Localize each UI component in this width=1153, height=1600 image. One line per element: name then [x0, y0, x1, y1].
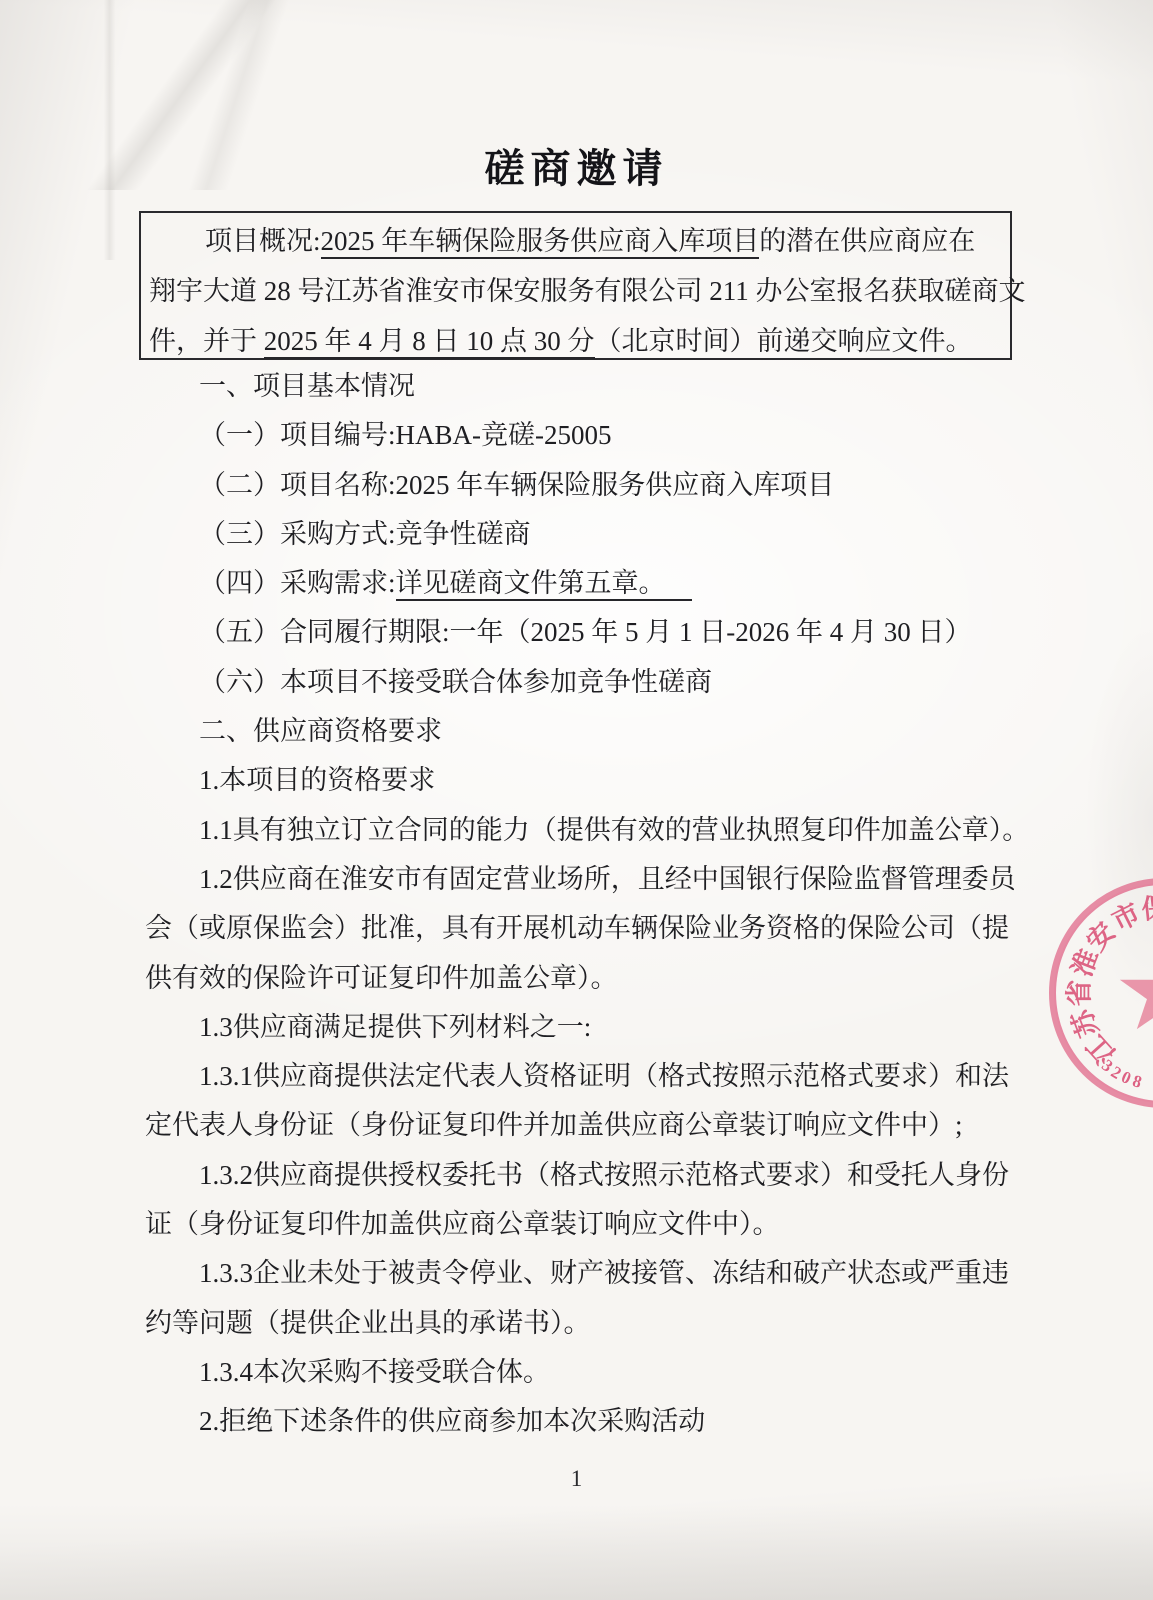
seal-outer-ring — [1049, 878, 1153, 1108]
document-line: 1.3供应商满足提供下列材料之一: — [145, 1003, 1015, 1052]
seal-code-digit: 0 — [1118, 1067, 1134, 1089]
seal-star-icon — [1118, 949, 1153, 1037]
document-line: 供有效的保险许可证复印件加盖公章）。 — [145, 954, 1015, 1003]
text-run: 1.3.3企业未处于被责令停业、财产被接管、冻结和破产状态或严重违 — [199, 1258, 1009, 1288]
seal-arc-character: 江 — [1076, 1028, 1123, 1074]
text-run: 1.3.4本次采购不接受联合体。 — [199, 1357, 550, 1387]
official-seal-stamp: 江苏省淮安市保 3208 — [1049, 878, 1153, 1108]
document-line: 1.3.3企业未处于被责令停业、财产被接管、冻结和破产状态或严重违 — [145, 1249, 1015, 1298]
paper-crease-left-edge — [96, 0, 122, 260]
seal-arc-character: 苏 — [1060, 1005, 1106, 1044]
text-run: （二）项目名称:2025 年车辆保险服务供应商入库项目 — [199, 470, 834, 500]
text-run: （五）合同履行期限:一年（2025 年 5 月 1 日-2026 年 4 月 3… — [199, 617, 972, 647]
text-run: 1.本项目的资格要求 — [199, 765, 435, 795]
document-line: 证（身份证复印件加盖供应商公章装订响应文件中）。 — [145, 1200, 1015, 1249]
text-run: 会（或原保监会）批准，具有开展机动车辆保险业务资格的保险公司（提 — [145, 913, 1009, 943]
seal-code-digit: 2 — [1107, 1062, 1125, 1084]
text-run: 1.2供应商在淮安市有固定营业场所，且经中国银行保险监督管理委员 — [199, 864, 1016, 894]
underlined-text-run: 2025 年 4 月 8 日 10 点 30 分 — [264, 326, 595, 359]
seal-code-digit: 8 — [1130, 1071, 1144, 1093]
text-run: 1.3.1供应商提供法定代表人资格证明（格式按照示范格式要求）和法 — [199, 1061, 1009, 1091]
seal-arc-character: 淮 — [1060, 942, 1106, 981]
document-line: （五）合同履行期限:一年（2025 年 5 月 1 日-2026 年 4 月 3… — [145, 608, 1015, 657]
document-line: 1.1具有独立订立合同的能力（提供有效的营业执照复印件加盖公章）。 — [145, 806, 1015, 855]
document-line: 1.2供应商在淮安市有固定营业场所，且经中国银行保险监督管理委员 — [145, 855, 1015, 904]
text-run: 2.拒绝下述条件的供应商参加本次采购活动 — [199, 1406, 705, 1436]
document-line: 1.3.2供应商提供授权委托书（格式按照示范格式要求）和受托人身份 — [145, 1151, 1015, 1200]
seal-arc-character: 安 — [1076, 912, 1123, 958]
text-run: 项目概况: — [205, 226, 321, 256]
document-line: 约等问题（提供企业出具的承诺书）。 — [145, 1299, 1015, 1348]
paper-shadow-right — [1013, 620, 1153, 1120]
seal-arc-character: 省 — [1058, 980, 1097, 1007]
paper-shadow-bottom — [0, 1440, 1153, 1600]
document-line: 一、项目基本情况 — [145, 362, 1015, 411]
seal-code-digit: 3 — [1097, 1056, 1116, 1077]
document-line: 会（或原保监会）批准，具有开展机动车辆保险业务资格的保险公司（提 — [145, 904, 1015, 953]
text-run: （一）项目编号:HABA-竞磋-25005 — [199, 420, 612, 450]
text-run: 件，并于 — [149, 326, 264, 356]
text-run: （北京时间）前递交响应文件。 — [595, 326, 973, 356]
seal-arc-character: 保 — [1139, 886, 1153, 928]
document-line: 二、供应商资格要求 — [145, 707, 1015, 756]
document-line: 1.3.4本次采购不接受联合体。 — [145, 1348, 1015, 1397]
text-run: 二、供应商资格要求 — [199, 716, 442, 746]
text-run: 1.3供应商满足提供下列材料之一: — [199, 1012, 591, 1042]
seal-arc-character: 市 — [1104, 892, 1146, 939]
overview-line: 翔宇大道 28 号江苏省淮安市保安服务有限公司 211 办公室报名获取磋商文 — [149, 266, 1002, 316]
text-run: 翔宇大道 28 号江苏省淮安市保安服务有限公司 211 办公室报名获取磋商文 — [149, 276, 1026, 306]
text-run: （四）采购需求: — [199, 568, 396, 598]
underlined-text-run: 2025 年车辆保险服务供应商入库项目 — [321, 226, 760, 259]
page-number: 1 — [0, 1466, 1153, 1492]
text-run: 证（身份证复印件加盖供应商公章装订响应文件中）。 — [145, 1209, 780, 1239]
document-line: （六）本项目不接受联合体参加竞争性磋商 — [145, 658, 1015, 707]
overview-line: 件，并于 2025 年 4 月 8 日 10 点 30 分（北京时间）前递交响应… — [149, 316, 1002, 366]
document-line: 2.拒绝下述条件的供应商参加本次采购活动 — [145, 1397, 1015, 1446]
document-line: （二）项目名称:2025 年车辆保险服务供应商入库项目 — [145, 461, 1015, 510]
document-line: 定代表人身份证（身份证复印件并加盖供应商公章装订响应文件中）; — [145, 1101, 1015, 1150]
overview-line: 项目概况:2025 年车辆保险服务供应商入库项目的潜在供应商应在 — [149, 216, 1002, 266]
text-run: 1.3.2供应商提供授权委托书（格式按照示范格式要求）和受托人身份 — [199, 1160, 1009, 1190]
underlined-text-run: 详见磋商文件第五章。 — [396, 568, 692, 601]
text-run: 一、项目基本情况 — [199, 371, 415, 401]
text-run: （六）本项目不接受联合体参加竞争性磋商 — [199, 667, 712, 697]
text-run: 的潜在供应商应在 — [759, 226, 975, 256]
text-run: 定代表人身份证（身份证复印件并加盖供应商公章装订响应文件中）; — [145, 1110, 963, 1140]
project-overview-box: 项目概况:2025 年车辆保险服务供应商入库项目的潜在供应商应在翔宇大道 28 … — [139, 211, 1012, 360]
document-line: （四）采购需求:详见磋商文件第五章。 — [145, 559, 1015, 608]
document-title: 磋商邀请 — [0, 137, 1153, 194]
document-body: 一、项目基本情况（一）项目编号:HABA-竞磋-25005（二）项目名称:202… — [145, 362, 1015, 1447]
text-run: 供有效的保险许可证复印件加盖公章）。 — [145, 963, 618, 993]
scanned-document-page: 磋商邀请 项目概况:2025 年车辆保险服务供应商入库项目的潜在供应商应在翔宇大… — [0, 0, 1153, 1600]
text-run: 约等问题（提供企业出具的承诺书）。 — [145, 1308, 591, 1338]
document-line: （三）采购方式:竞争性磋商 — [145, 510, 1015, 559]
text-run: （三）采购方式:竞争性磋商 — [199, 519, 531, 549]
document-line: 1.3.1供应商提供法定代表人资格证明（格式按照示范格式要求）和法 — [145, 1052, 1015, 1101]
document-line: 1.本项目的资格要求 — [145, 756, 1015, 805]
seal-inner-ring — [1054, 883, 1153, 1103]
document-line: （一）项目编号:HABA-竞磋-25005 — [145, 411, 1015, 460]
text-run: 1.1具有独立订立合同的能力（提供有效的营业执照复印件加盖公章）。 — [199, 815, 1029, 845]
